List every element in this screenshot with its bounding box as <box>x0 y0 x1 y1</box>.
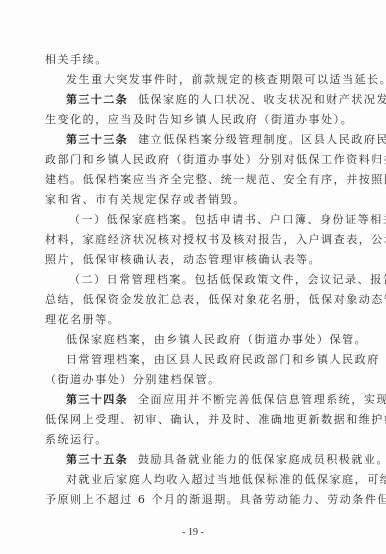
text-line: 材料，家庭经济状况核对授权书及核对报告，入户调查表，公示 <box>45 230 341 250</box>
line-text: 政部门和乡镇人民政府（街道办事处）分别对低保工作资料归类、 <box>45 153 386 166</box>
article-number: 第三十五条 <box>66 453 128 466</box>
article-35-line: 第三十五条鼓励具备就业能力的低保家庭成员积极就业。 <box>45 450 341 470</box>
text-line: 理花名册等。 <box>45 310 341 330</box>
text-line: 照片，低保审核确认表，动态管理审核确认表等。 <box>45 250 341 270</box>
text-line: 予原则上不超过 6 个月的渐退期。具备劳动能力、劳动条件但未 <box>45 490 341 510</box>
article-34-line: 第三十四条全面应用并不断完善低保信息管理系统，实现 <box>45 390 341 410</box>
line-text: （街道办事处）分别建档保管。 <box>45 373 221 386</box>
line-text: 家和省、市有关规定保存或者销毁。 <box>45 193 246 206</box>
line-text: 全面应用并不断完善低保信息管理系统，实现 <box>138 393 386 406</box>
line-text: （一）低保家庭档案。包括申请书、户口簿、身份证等相关 <box>69 213 386 226</box>
line-text: （二）日常管理档案。包括低保政策文件，会议记录、报告、 <box>69 273 386 286</box>
text-line: 日常管理档案，由区县人民政府民政部门和乡镇人民政府 <box>45 350 341 370</box>
document-page: 相关手续。 发生重大突发事件时，前款规定的核查期限可以适当延长。 第三十二条低保… <box>0 0 386 554</box>
line-text: 鼓励具备就业能力的低保家庭成员积极就业。 <box>138 453 386 466</box>
line-text: 材料，家庭经济状况核对授权书及核对报告，入户调查表，公示 <box>45 233 386 246</box>
line-text: 照片，低保审核确认表，动态管理审核确认表等。 <box>45 253 321 266</box>
line-text: 生变化的，应当及时告知乡镇人民政府（街道办事处）。 <box>45 113 353 126</box>
text-line: 生变化的，应当及时告知乡镇人民政府（街道办事处）。 <box>45 110 341 130</box>
article-32-line: 第三十二条低保家庭的人口状况、收支状况和财产状况发 <box>45 90 341 110</box>
text-line: 低保网上受理、初审、确认，并及时、准确地更新数据和维护好 <box>45 410 341 430</box>
text-line: 系统运行。 <box>45 430 341 450</box>
article-number: 第三十四条 <box>66 393 128 406</box>
text-line: 政部门和乡镇人民政府（街道办事处）分别对低保工作资料归类、 <box>45 150 341 170</box>
line-text: 总结，低保资金发放汇总表，低保对象花名册，低保对象动态管 <box>45 293 386 306</box>
line-text: 低保家庭档案，由乡镇人民政府（街道办事处）保管。 <box>66 333 367 346</box>
line-text: 日常管理档案，由区县人民政府民政部门和乡镇人民政府 <box>66 353 380 366</box>
text-line: 相关手续。 <box>45 50 341 70</box>
line-text: 发生重大突发事件时，前款规定的核查期限可以适当延长。 <box>66 73 386 86</box>
list-item-2-line: （二）日常管理档案。包括低保政策文件，会议记录、报告、 <box>45 270 341 290</box>
text-line: 建档。低保档案应当齐全完整、统一规范、安全有序，并按照国 <box>45 170 341 190</box>
line-text: 低保家庭的人口状况、收支状况和财产状况发 <box>138 93 386 106</box>
page-number: - 19 - <box>0 527 386 538</box>
text-line: 家和省、市有关规定保存或者销毁。 <box>45 190 341 210</box>
list-item-1-line: （一）低保家庭档案。包括申请书、户口簿、身份证等相关 <box>45 210 341 230</box>
text-line: 总结，低保资金发放汇总表，低保对象花名册，低保对象动态管 <box>45 290 341 310</box>
article-number: 第三十二条 <box>66 93 128 106</box>
text-line: 低保家庭档案，由乡镇人民政府（街道办事处）保管。 <box>45 330 341 350</box>
line-text: 对就业后家庭人均收入超过当地低保标准的低保家庭，可给 <box>66 473 386 486</box>
line-text: 建立低保档案分级管理制度。区县人民政府民 <box>138 133 386 146</box>
text-line: 发生重大突发事件时，前款规定的核查期限可以适当延长。 <box>45 70 341 90</box>
line-text: 系统运行。 <box>45 433 108 446</box>
line-text: 建档。低保档案应当齐全完整、统一规范、安全有序，并按照国 <box>45 173 386 186</box>
article-33-line: 第三十三条建立低保档案分级管理制度。区县人民政府民 <box>45 130 341 150</box>
article-number: 第三十三条 <box>66 133 128 146</box>
document-body: 相关手续。 发生重大突发事件时，前款规定的核查期限可以适当延长。 第三十二条低保… <box>45 50 341 510</box>
text-line: （街道办事处）分别建档保管。 <box>45 370 341 390</box>
line-text: 低保网上受理、初审、确认，并及时、准确地更新数据和维护好 <box>45 413 386 426</box>
line-text: 予原则上不超过 6 个月的渐退期。具备劳动能力、劳动条件但未 <box>45 493 386 506</box>
text-line: 对就业后家庭人均收入超过当地低保标准的低保家庭，可给 <box>45 470 341 490</box>
line-text: 相关手续。 <box>45 53 108 66</box>
line-text: 理花名册等。 <box>45 313 120 326</box>
